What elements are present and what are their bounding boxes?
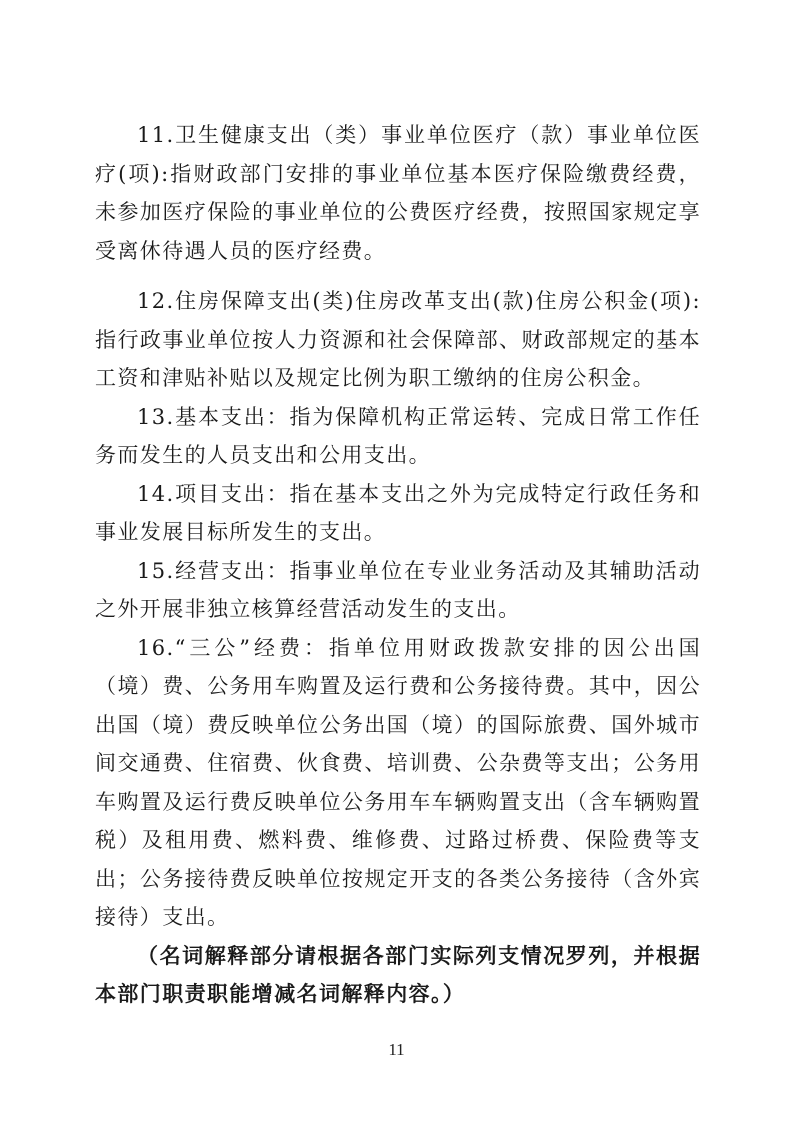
- item-text: 卫生健康支出（类）事业单位医疗（款）事业单位医疗(项):指财政部门安排的事业单位…: [95, 123, 701, 263]
- item-text: 住房保障支出(类)住房改革支出(款)住房公积金(项):指行政事业单位按人力资源和…: [95, 289, 701, 390]
- item-text: “三公”经费：指单位用财政拨款安排的因公出国（境）费、公务用车购置及运行费和公务…: [95, 636, 701, 930]
- item-number: 14.: [137, 482, 175, 506]
- item-text: 经营支出：指事业单位在专业业务活动及其辅助活动之外开展非独立核算经营活动发生的支…: [95, 559, 701, 622]
- document-body: 11.卫生健康支出（类）事业单位医疗（款）事业单位医疗(项):指财政部门安排的事…: [95, 116, 701, 1014]
- document-page: 11.卫生健康支出（类）事业单位医疗（款）事业单位医疗(项):指财政部门安排的事…: [0, 0, 793, 1122]
- paragraph-item-16: 16.“三公”经费：指单位用财政拨款安排的因公出国（境）费、公务用车购置及运行费…: [95, 629, 701, 937]
- item-text: 项目支出：指在基本支出之外为完成特定行政任务和事业发展目标所发生的支出。: [95, 482, 701, 545]
- paragraph-item-14: 14.项目支出：指在基本支出之外为完成特定行政任务和事业发展目标所发生的支出。: [95, 475, 701, 552]
- item-number: 15.: [137, 559, 175, 583]
- paragraph-item-11: 11.卫生健康支出（类）事业单位医疗（款）事业单位医疗(项):指财政部门安排的事…: [95, 116, 701, 270]
- item-number: 16.: [137, 636, 175, 660]
- paragraph-item-12: 12.住房保障支出(类)住房改革支出(款)住房公积金(项):指行政事业单位按人力…: [95, 282, 701, 398]
- item-text: 基本支出：指为保障机构正常运转、完成日常工作任务而发生的人员支出和公用支出。: [95, 405, 701, 468]
- item-number: 12.: [137, 289, 175, 313]
- page-number: 11: [0, 1040, 793, 1060]
- paragraph-item-15: 15.经营支出：指事业单位在专业业务活动及其辅助活动之外开展非独立核算经营活动发…: [95, 552, 701, 629]
- item-number: 11.: [137, 123, 175, 147]
- item-number: 13.: [137, 405, 175, 429]
- editorial-note: （名词解释部分请根据各部门实际列支情况罗列，并根据本部门职责职能增减名词解释内容…: [95, 937, 701, 1014]
- paragraph-item-13: 13.基本支出：指为保障机构正常运转、完成日常工作任务而发生的人员支出和公用支出…: [95, 398, 701, 475]
